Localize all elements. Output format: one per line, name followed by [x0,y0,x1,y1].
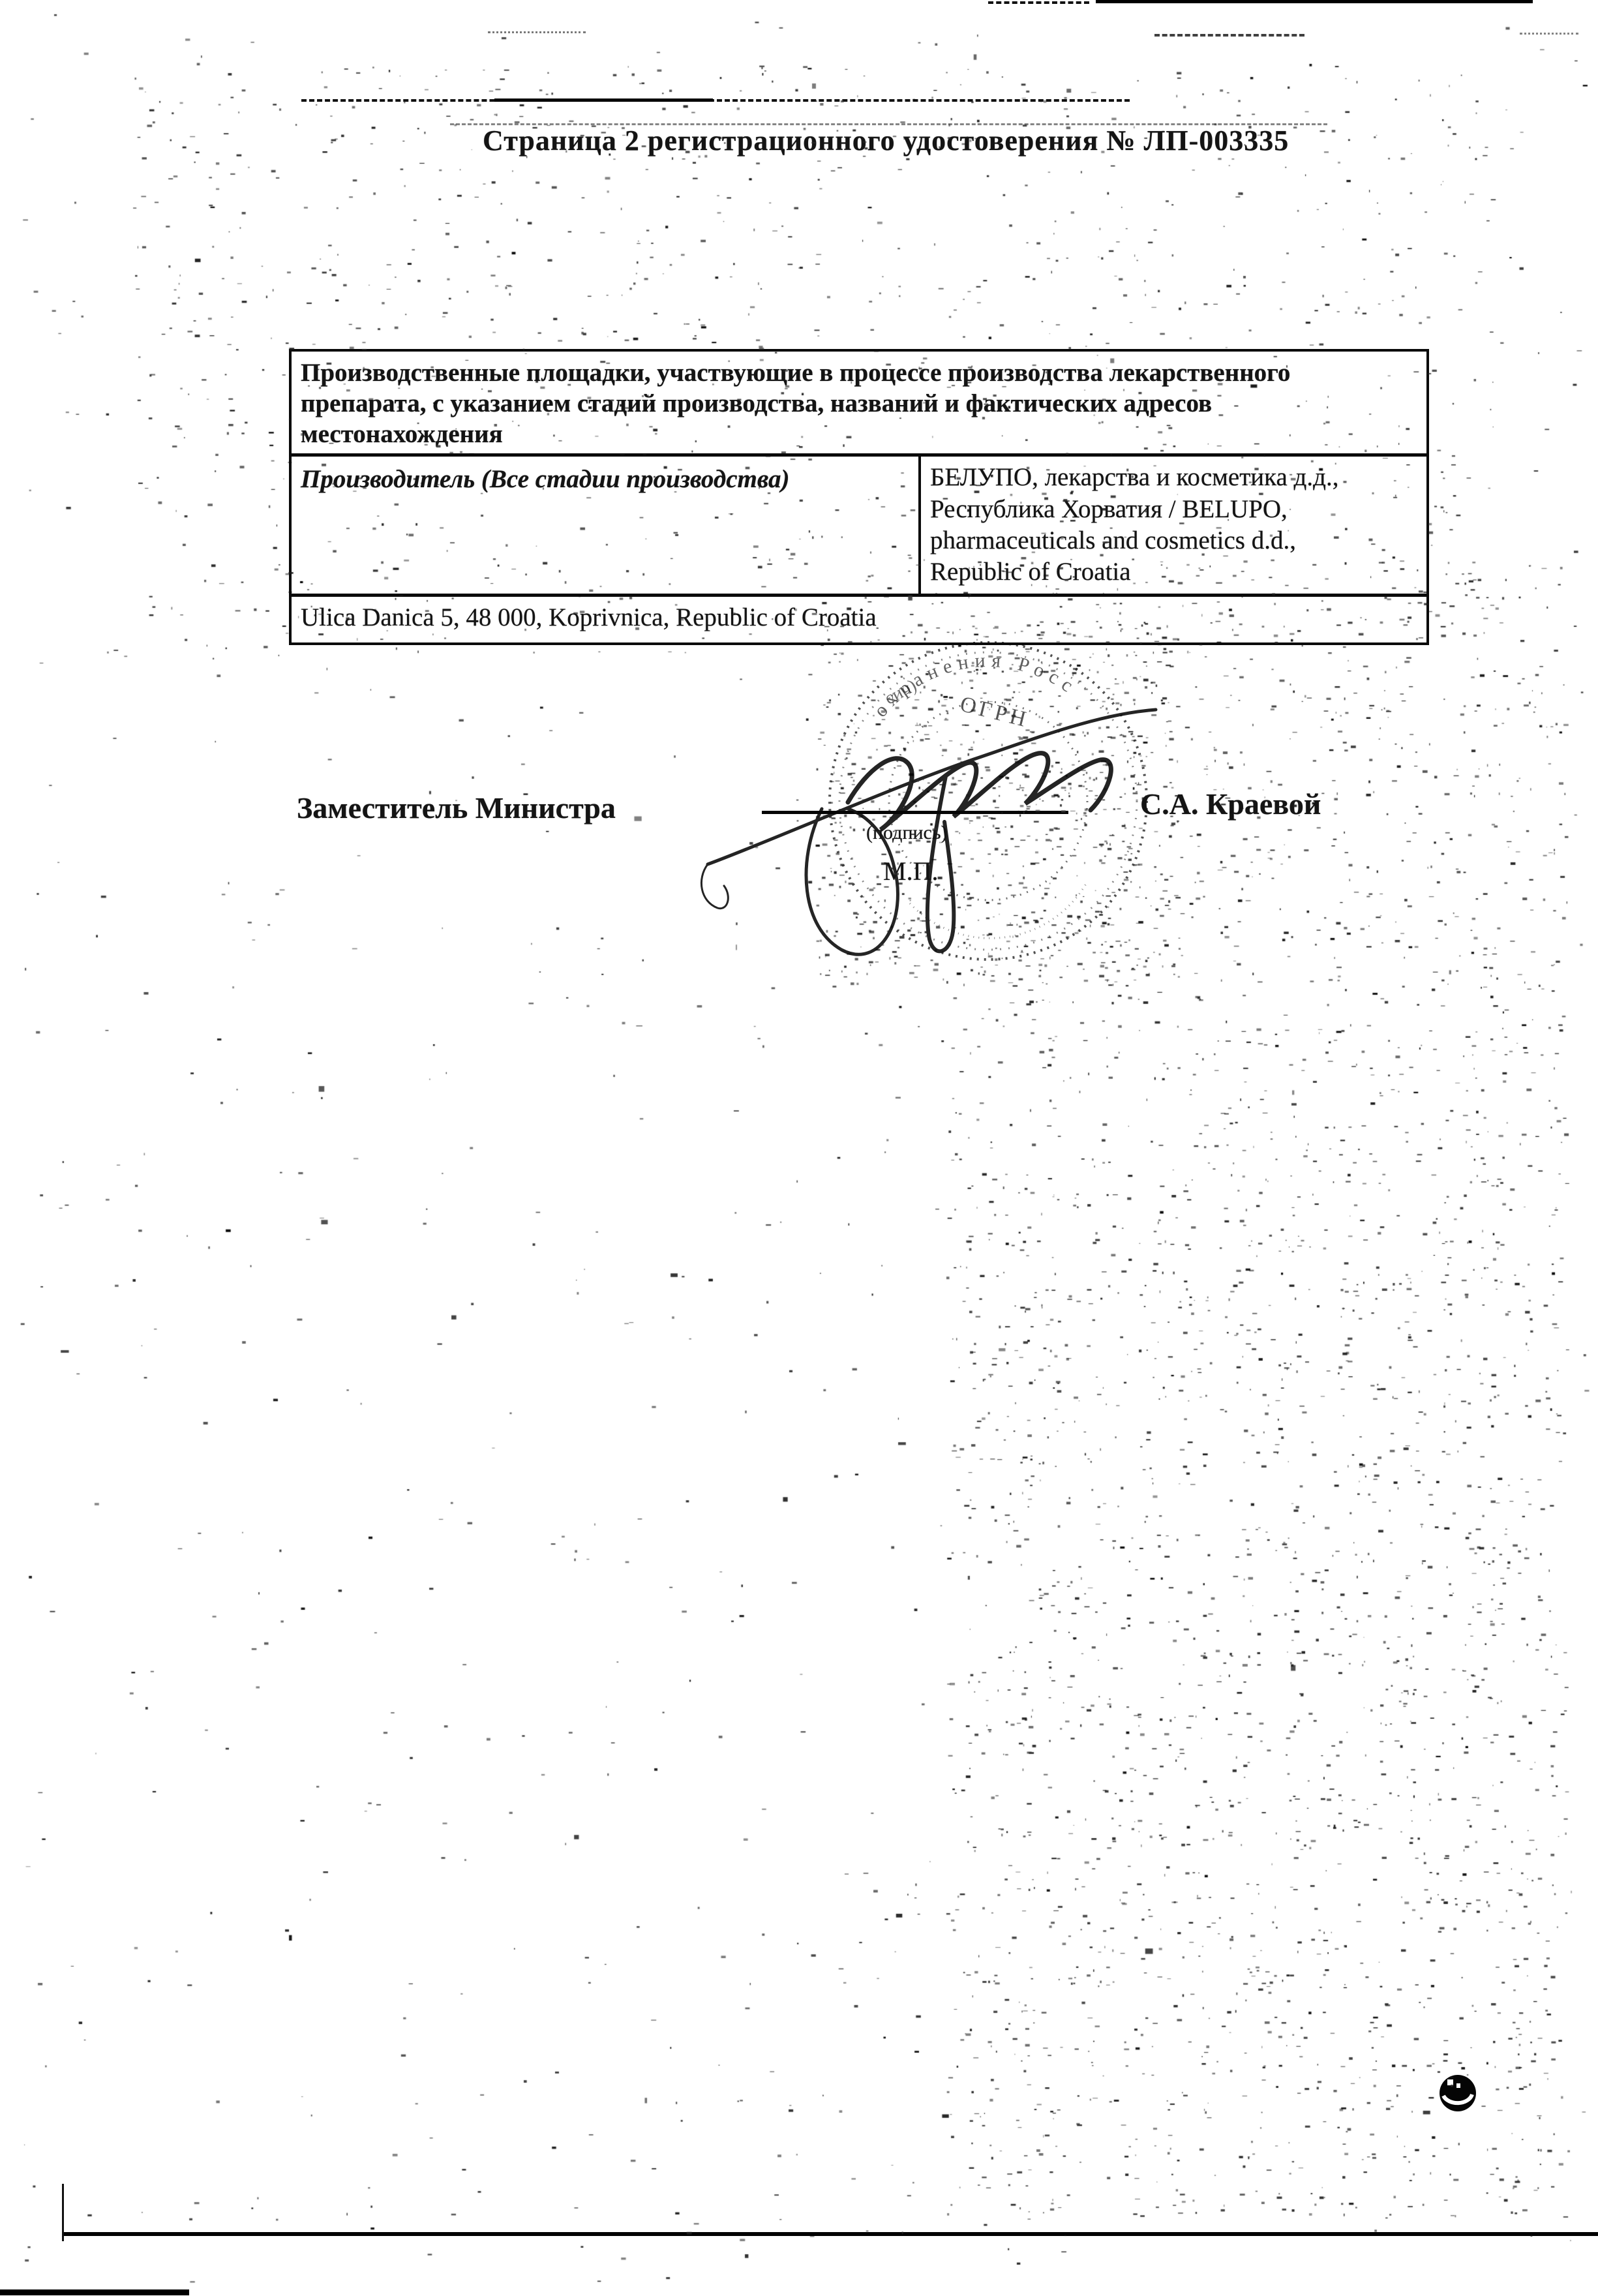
scan-artifact-line [64,2232,1598,2236]
scan-artifact-line [301,99,1130,102]
producer-address-cell: Ulica Danica 5, 48 000, Koprivnica, Repu… [292,597,1426,642]
scan-artifact-line [488,31,586,33]
table-header-line: препарата, с указанием стадий производст… [301,389,1416,419]
table-header-line: Производственные площадки, участвующие в… [301,358,1416,389]
producer-company-cell: БЕЛУПО, лекарства и косметика д.д., Респ… [921,457,1426,593]
signature-caption: (подпись) [866,822,948,844]
scan-artifact-line [0,2289,189,2295]
scan-artifact-line [1154,34,1304,37]
company-line: Republic of Croatia [930,556,1417,588]
page-header: Страница 2 регистрационного удостоверени… [483,124,1289,157]
company-line: Республика Хорватия / BELUPO, [930,494,1417,525]
table-header-line: местонахождения [301,419,1416,450]
signatory-name: С.А. Краевой [1140,787,1321,821]
seal-placeholder-label: М.П. [883,856,938,886]
scan-artifact-line [988,1,1089,4]
scan-artifact-line [1520,33,1578,35]
scan-artifact-line [1096,0,1533,3]
signatory-role: Заместитель Министра [297,791,616,825]
page-marker-icon [1435,2071,1481,2117]
table-header-cell: Производственные площадки, участвующие в… [292,352,1426,457]
company-line: pharmaceuticals and cosmetics d.d., [930,525,1417,556]
document-page: Страница 2 регистрационного удостоверени… [0,0,1598,2296]
signature-line [762,811,1068,814]
producer-stage-cell: Производитель (Все стадии производства) [292,457,921,593]
company-line: БЕЛУПО, лекарства и косметика д.д., [930,462,1417,493]
table-row: Производитель (Все стадии производства) … [292,457,1426,596]
manufacturing-sites-table: Производственные площадки, участвующие в… [289,349,1429,645]
scan-noise [0,0,1598,2296]
scan-artifact-line [494,98,713,102]
